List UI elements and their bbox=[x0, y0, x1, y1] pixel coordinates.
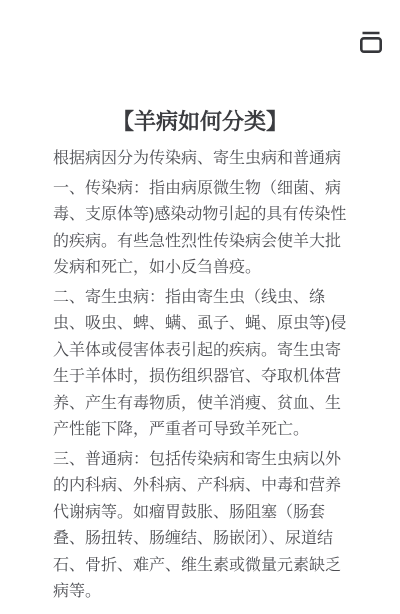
article-body: 根据病因分为传染病、寄生虫病和普通病 一、传染病：指由病原微生物（细菌、病毒、支… bbox=[53, 146, 347, 606]
paragraph-overview: 根据病因分为传染病、寄生虫病和普通病 bbox=[53, 146, 347, 173]
paragraph-common-disease: 三、普通病：包括传染病和寄生虫病以外的内科病、外科病、产科病、中毒和营养代谢病等… bbox=[53, 447, 347, 606]
article-title: 【羊病如何分类】 bbox=[0, 106, 400, 137]
float-window-button[interactable] bbox=[357, 28, 385, 56]
paragraph-parasitic-disease: 二、寄生虫病：指由寄生虫（线虫、绦虫、吸虫、蜱、螨、虱子、蝇、原虫等)侵入羊体或… bbox=[53, 285, 347, 444]
paragraph-infectious-disease: 一、传染病：指由病原微生物（细菌、病毒、支原体等)感染动物引起的具有传染性的疾病… bbox=[53, 176, 347, 282]
float-window-icon bbox=[359, 30, 383, 54]
